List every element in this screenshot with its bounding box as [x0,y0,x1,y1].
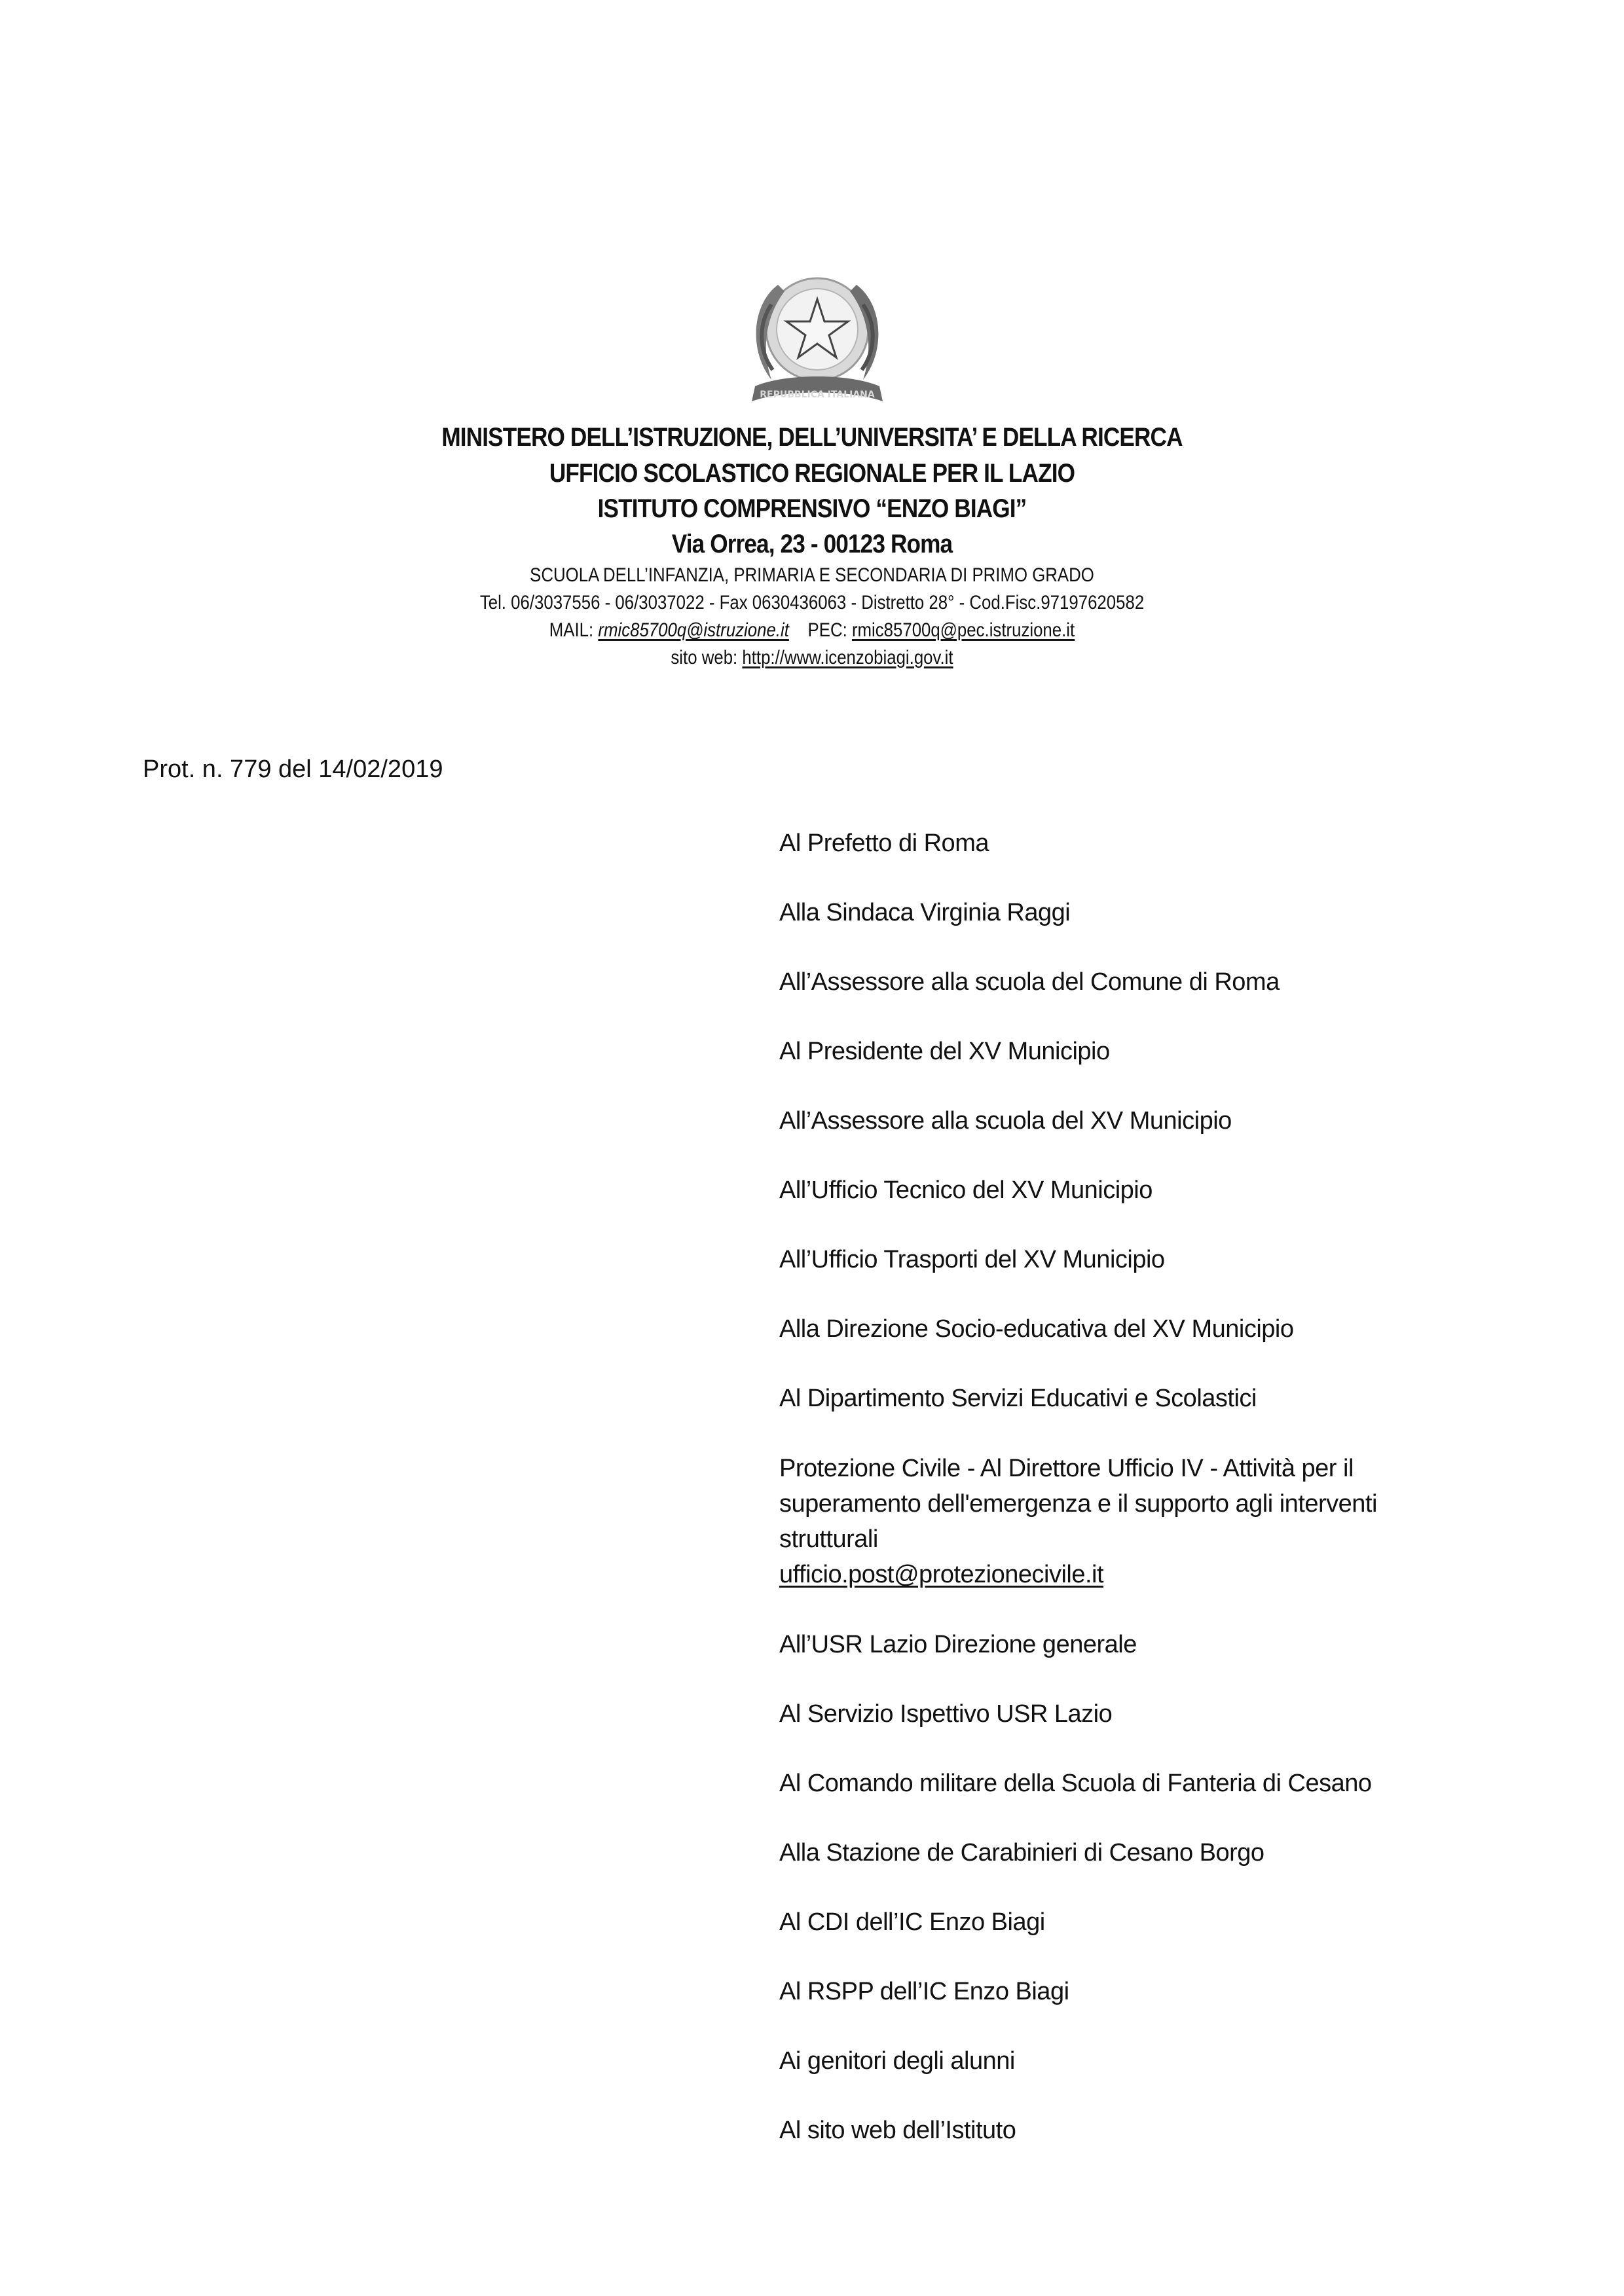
recipient-item: Al sito web dell’Istituto [779,2113,1500,2147]
recipient-item-protezione-civile: Protezione Civile - Al Direttore Ufficio… [779,1451,1467,1592]
recipient-item: Alla Sindaca Virginia Raggi [779,896,1500,930]
recipient-item: Alla Stazione de Carabinieri di Cesano B… [779,1836,1500,1870]
school-levels: SCUOLA DELL’INFANZIA, PRIMARIA E SECONDA… [114,562,1511,589]
italian-republic-emblem-icon: REPUBBLICA ITALIANA [732,259,902,416]
website-label: sito web: [671,647,737,668]
contacts-line: Tel. 06/3037556 - 06/3037022 - Fax 06304… [114,589,1511,617]
recipient-item: Al Dipartimento Servizi Educativi e Scol… [779,1381,1500,1415]
recipient-item: Al Prefetto di Roma [779,826,1500,860]
recipient-item: Al RSPP dell’IC Enzo Biagi [779,1975,1500,2009]
mail-label: MAIL: [549,619,593,641]
school-address: Via Orrea, 23 - 00123 Roma [98,526,1526,562]
recipient-item: All’Assessore alla scuola del XV Municip… [779,1104,1500,1138]
recipient-item: All’Assessore alla scuola del Comune di … [779,965,1500,999]
regional-office-title: UFFICIO SCOLASTICO REGIONALE PER IL LAZI… [98,456,1526,491]
protezione-civile-email-link[interactable]: ufficio.post@protezionecivile.it [779,1557,1467,1592]
pec-label: PEC: [808,619,847,641]
recipients-list: Al Prefetto di Roma Alla Sindaca Virgini… [779,826,1500,2183]
pec-link[interactable]: rmic85700q@pec.istruzione.it [852,619,1075,641]
recipient-text: Protezione Civile - Al Direttore Ufficio… [779,1455,1377,1553]
recipient-item: All’Ufficio Tecnico del XV Municipio [779,1173,1500,1207]
recipient-item: Alla Direzione Socio-educativa del XV Mu… [779,1312,1500,1346]
recipient-item: Ai genitori degli alunni [779,2044,1500,2078]
recipient-item: All’USR Lazio Direzione generale [779,1628,1500,1662]
svg-text:REPUBBLICA ITALIANA: REPUBBLICA ITALIANA [760,390,875,400]
letterhead: MINISTERO DELL’ISTRUZIONE, DELL’UNIVERSI… [0,419,1624,672]
email-line: MAIL: rmic85700q@istruzione.it PEC: rmic… [114,617,1511,644]
recipient-item: Al Comando militare della Scuola di Fant… [779,1766,1500,1800]
mail-link[interactable]: rmic85700q@istruzione.it [598,619,788,641]
ministry-title: MINISTERO DELL’ISTRUZIONE, DELL’UNIVERSI… [98,419,1526,456]
recipient-item: Al Presidente del XV Municipio [779,1034,1500,1068]
recipient-item: Al CDI dell’IC Enzo Biagi [779,1905,1500,1939]
document-page: REPUBBLICA ITALIANA MINISTERO DELL’ISTRU… [0,0,1624,2296]
recipient-item: Al Servizio Ispettivo USR Lazio [779,1697,1500,1731]
recipient-item: All’Ufficio Trasporti del XV Municipio [779,1243,1500,1277]
protocol-number: Prot. n. 779 del 14/02/2019 [143,753,443,786]
school-name: ISTITUTO COMPRENSIVO “ENZO BIAGI” [98,491,1526,526]
website-link[interactable]: http://www.icenzobiagi.gov.it [742,647,953,668]
website-line: sito web: http://www.icenzobiagi.gov.it [114,644,1511,672]
